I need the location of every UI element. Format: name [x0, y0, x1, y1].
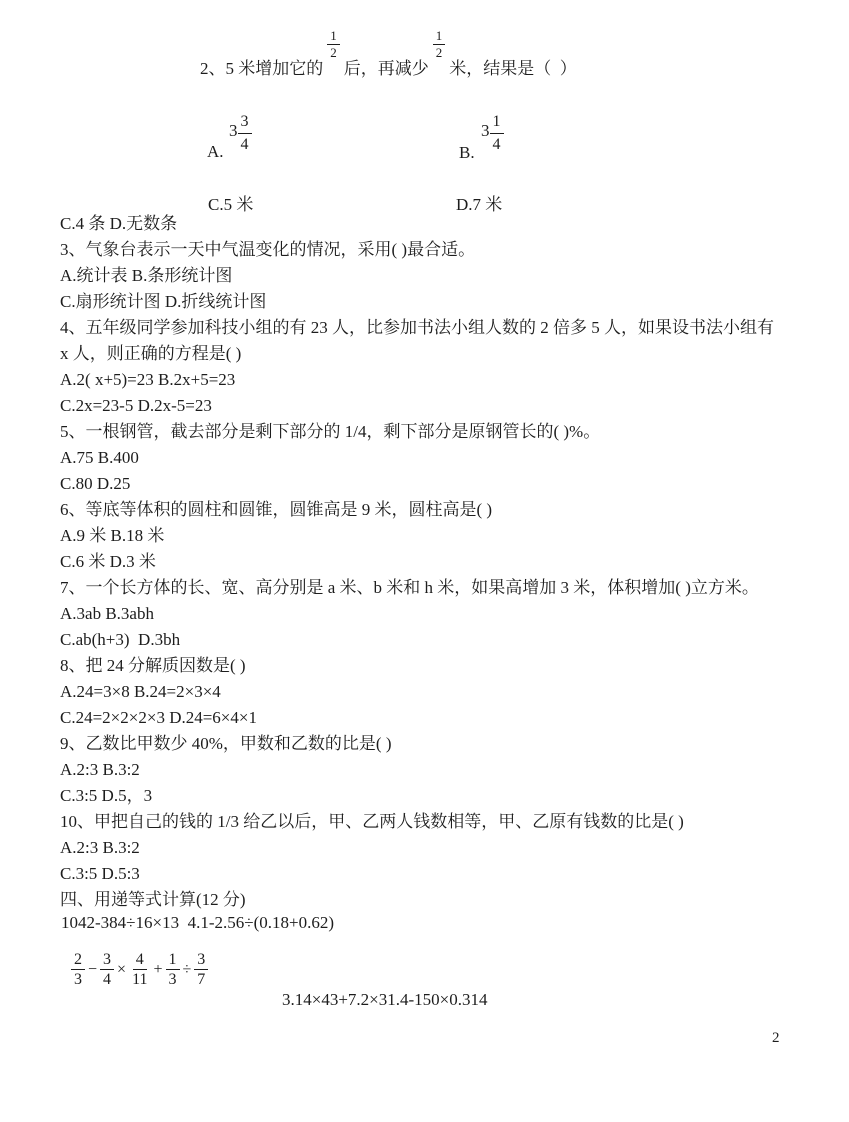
q5-options-cd: C.80 D.25 — [60, 471, 835, 497]
q7-options-ab: A.3ab B.3abh — [60, 601, 835, 627]
fraction-numerator: 3 — [238, 111, 252, 134]
section-4-heading: 四、用递等式计算(12 分) — [60, 887, 835, 913]
fraction-numerator: 1 — [166, 950, 180, 970]
q5-options-ab: A.75 B.400 — [60, 445, 835, 471]
minus-operator: − — [88, 961, 97, 979]
question-4-part1: 4、五年级同学参加科技小组的有 23 人，比参加书法小组人数的 2 倍多 5 人… — [60, 315, 835, 341]
question-9: 9、乙数比甲数少 40%，甲数和乙数的比是( ) — [60, 731, 835, 757]
q9-options-cd: C.3:5 D.5，3 — [60, 783, 835, 809]
plus-operator: + — [153, 961, 162, 979]
fraction: 4 11 — [129, 950, 150, 989]
q3-options-ab: A.统计表 B.条形统计图 — [60, 263, 835, 289]
q8-options-ab: A.24=3×8 B.24=2×3×4 — [60, 679, 835, 705]
fraction-denominator: 2 — [433, 45, 446, 61]
fraction-denominator: 4 — [238, 134, 252, 156]
fraction: 3 4 — [100, 950, 114, 989]
divide-operator: ÷ — [183, 961, 192, 979]
fraction: 1 3 — [166, 950, 180, 989]
q10-options-cd: C.3:5 D.5:3 — [60, 861, 835, 887]
q3-options-cd: C.扇形统计图 D.折线统计图 — [60, 289, 835, 315]
q2-option-b-label: B. — [459, 143, 475, 163]
fraction-numerator: 1 — [433, 28, 446, 45]
q2-option-a-label: A. — [207, 142, 224, 162]
mixed-number-whole: 3 — [481, 121, 490, 141]
q6-options-ab: A.9 米 B.18 米 — [60, 523, 835, 549]
q10-options-ab: A.2:3 B.3:2 — [60, 835, 835, 861]
question-body: C.4 条 D.无数条 3、气象台表示一天中气温变化的情况，采用( )最合适。 … — [60, 211, 835, 913]
fraction-numerator: 3 — [194, 950, 208, 970]
fraction-denominator: 4 — [490, 134, 504, 156]
fraction-denominator: 2 — [327, 45, 340, 61]
question-8: 8、把 24 分解质因数是( ) — [60, 653, 835, 679]
multiply-operator: × — [117, 961, 126, 979]
mixed-number-fraction: 3 4 — [238, 111, 252, 156]
fraction-numerator: 1 — [327, 28, 340, 45]
fraction-denominator: 4 — [100, 970, 114, 989]
q2-option-b-value: 3 1 4 — [481, 111, 504, 156]
calc-expression-3: 3.14×43+7.2×31.4-150×0.314 — [282, 990, 488, 1010]
fraction-denominator: 3 — [166, 970, 180, 989]
q7-options-cd: C.ab(h+3) D.3bh — [60, 627, 835, 653]
question-6: 6、等底等体积的圆柱和圆锥，圆锥高是 9 米，圆柱高是( ) — [60, 497, 835, 523]
q2-fraction-1: 1 2 — [327, 28, 340, 61]
question-4-part2: x 人，则正确的方程是( ) — [60, 341, 835, 367]
q4-options-cd: C.2x=23-5 D.2x-5=23 — [60, 393, 835, 419]
question-5: 5、一根钢管，截去部分是剩下部分的 1/4，剩下部分是原钢管长的( )%。 — [60, 419, 835, 445]
options-cd-residual: C.4 条 D.无数条 — [60, 211, 835, 237]
q4-options-ab: A.2( x+5)=23 B.2x+5=23 — [60, 367, 835, 393]
q2-text-middle: 后，再减少 — [344, 54, 429, 79]
q9-options-ab: A.2:3 B.3:2 — [60, 757, 835, 783]
exam-page: 2、5 米增加它的 1 2 后，再减少 1 2 米，结果是（ ） A. 3 3 … — [0, 0, 849, 1122]
fraction-denominator: 3 — [71, 970, 85, 989]
fraction-denominator: 7 — [194, 970, 208, 989]
q2-option-a-value: 3 3 4 — [229, 111, 252, 156]
mixed-number-fraction: 1 4 — [490, 111, 504, 156]
fraction: 2 3 — [71, 950, 85, 989]
fraction: 3 7 — [194, 950, 208, 989]
q2-fraction-2: 1 2 — [433, 28, 446, 61]
q2-text-suffix: 米，结果是（ ） — [449, 54, 577, 79]
fraction-numerator: 2 — [71, 950, 85, 970]
fraction-numerator: 3 — [100, 950, 114, 970]
question-3: 3、气象台表示一天中气温变化的情况，采用( )最合适。 — [60, 237, 835, 263]
question-7: 7、一个长方体的长、宽、高分别是 a 米、b 米和 h 米，如果高增加 3 米，… — [60, 575, 835, 601]
calc-fraction-expression: 2 3 − 3 4 × 4 11 + 1 3 ÷ 3 7 — [71, 950, 208, 989]
q6-options-cd: C.6 米 D.3 米 — [60, 549, 835, 575]
question-2-line: 2、5 米增加它的 1 2 后，再减少 1 2 米，结果是（ ） — [200, 28, 577, 79]
q2-text-prefix: 2、5 米增加它的 — [200, 54, 323, 79]
fraction-numerator: 1 — [490, 111, 504, 134]
fraction-denominator: 11 — [129, 970, 150, 989]
question-10: 10、甲把自己的钱的 1/3 给乙以后，甲、乙两人钱数相等，甲、乙原有钱数的比是… — [60, 809, 835, 835]
page-number: 2 — [772, 1030, 780, 1047]
q8-options-cd: C.24=2×2×2×3 D.24=6×4×1 — [60, 705, 835, 731]
calc-expression-1: 1042-384÷16×13 4.1-2.56÷(0.18+0.62) — [61, 913, 334, 933]
mixed-number-whole: 3 — [229, 121, 238, 141]
fraction-numerator: 4 — [133, 950, 147, 970]
